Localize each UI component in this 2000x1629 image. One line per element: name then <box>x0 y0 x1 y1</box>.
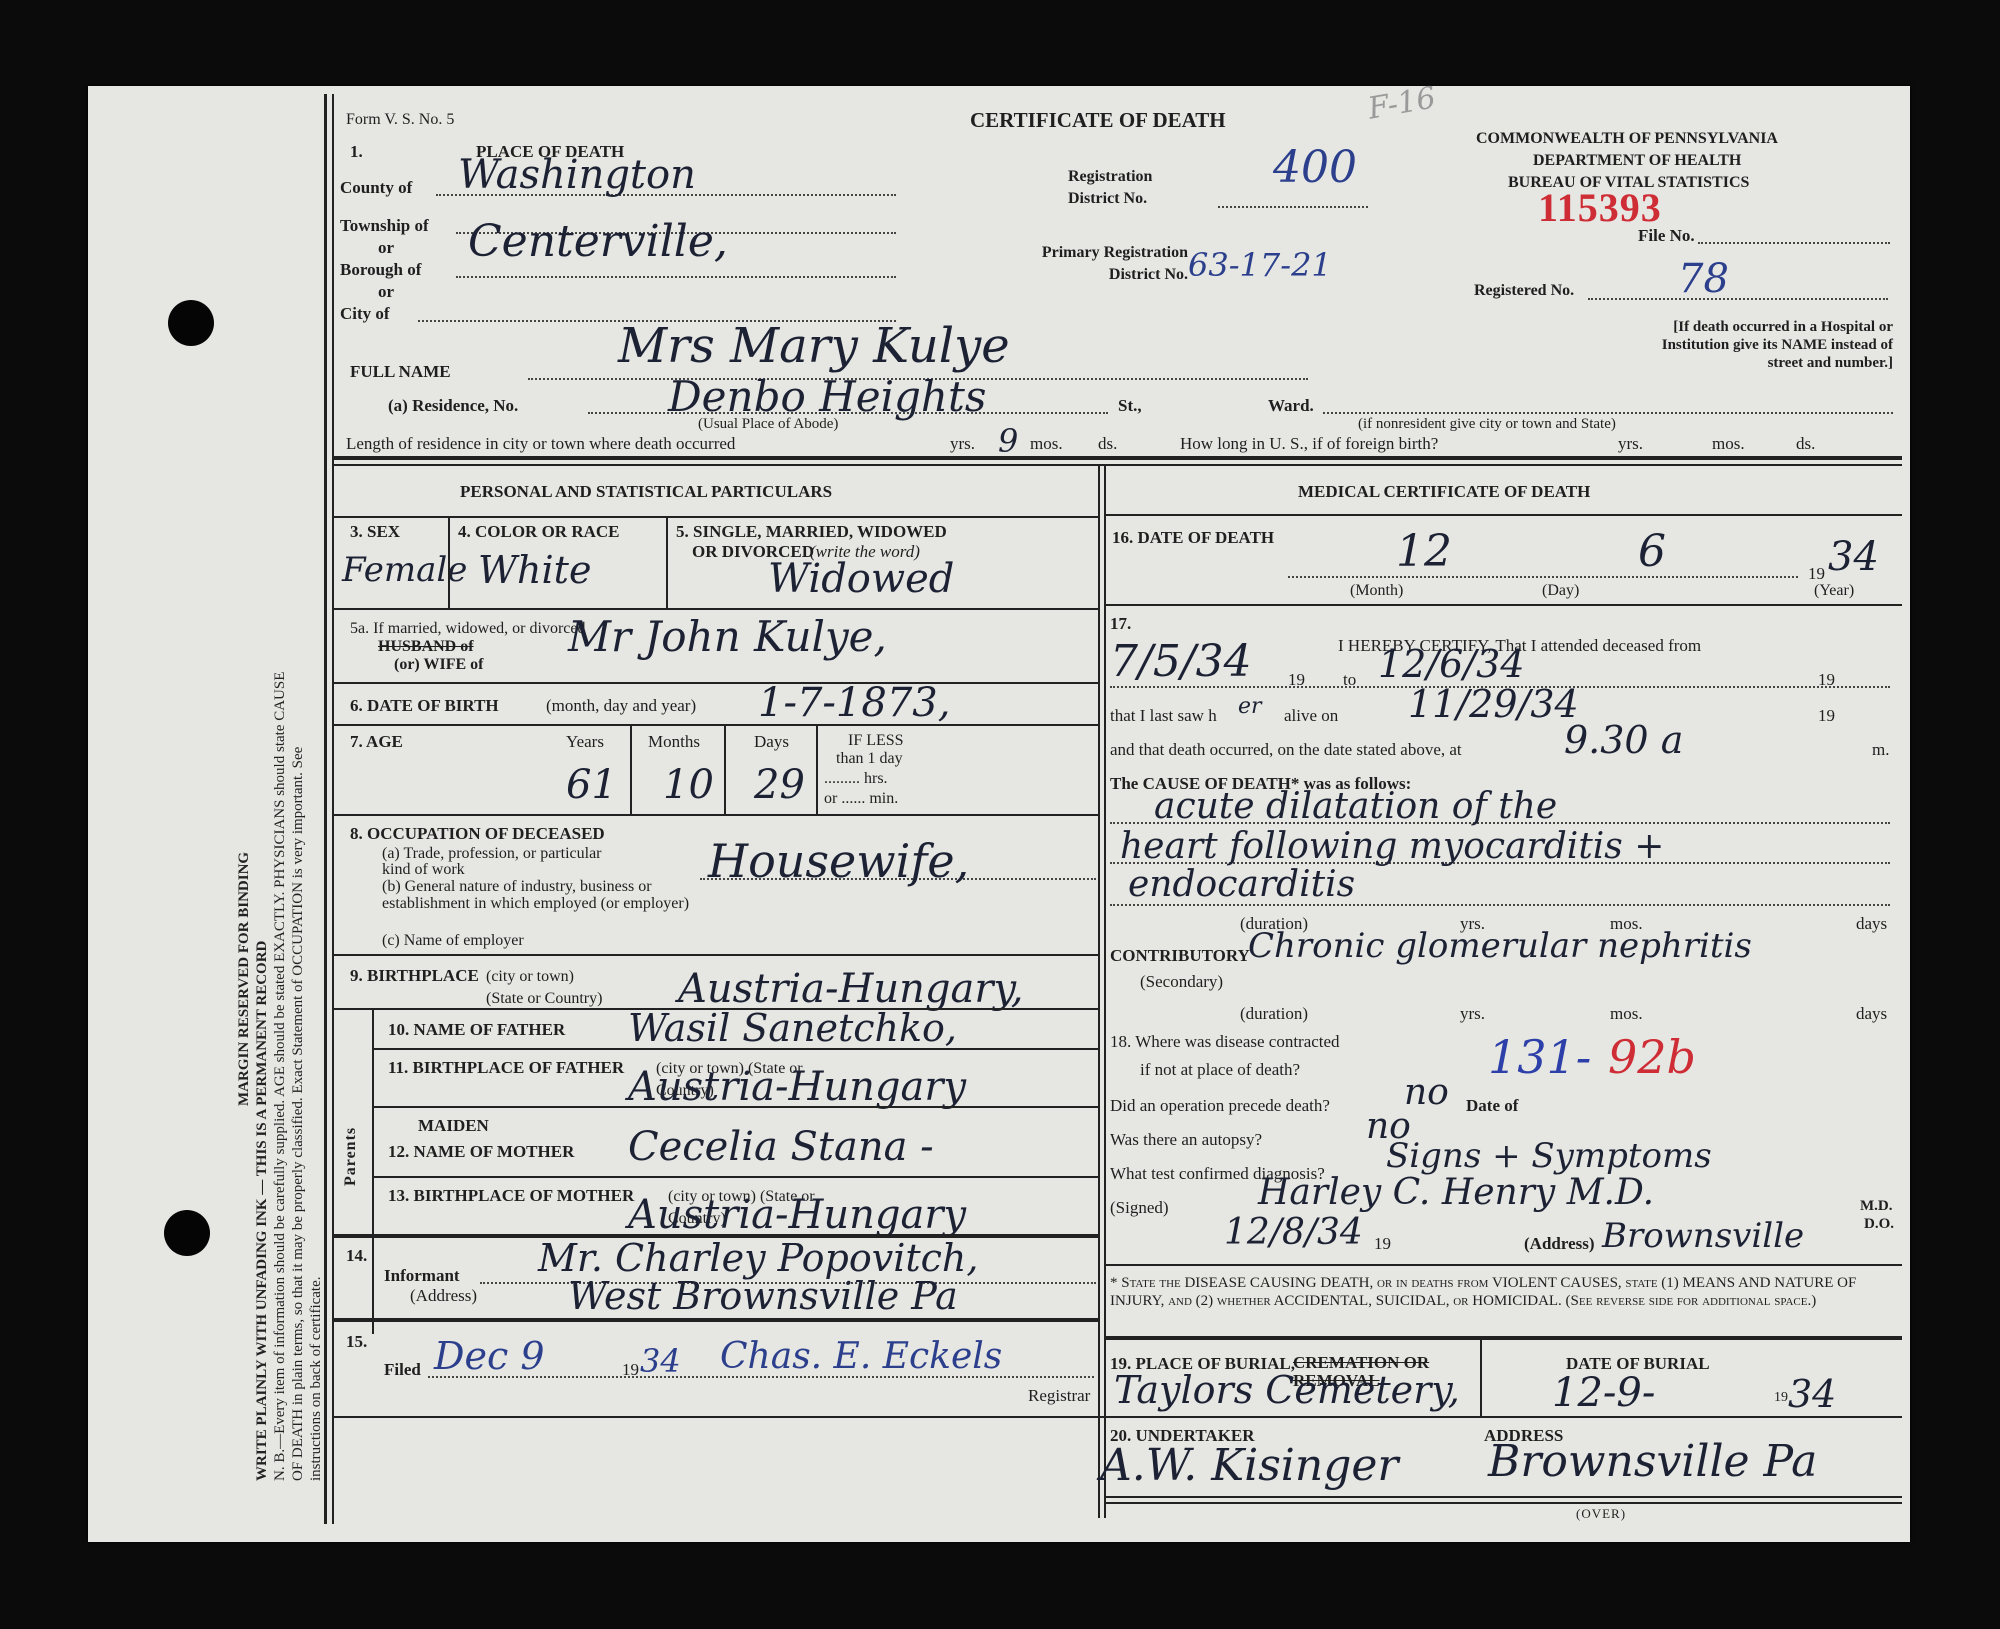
age-hrs: ......... hrs. <box>824 770 888 788</box>
day-label: (Day) <box>1542 582 1579 600</box>
divider <box>666 516 668 608</box>
marital-label: 5. SINGLE, MARRIED, WIDOWED <box>676 522 947 542</box>
age-less-label-2: than 1 day <box>836 750 903 768</box>
father-name-label: 10. NAME OF FATHER <box>388 1020 565 1040</box>
divider <box>448 516 450 608</box>
informant-address-value: West Brownsville Pa <box>568 1274 958 1318</box>
parents-bracket <box>372 1008 374 1334</box>
age-label: 7. AGE <box>350 732 403 752</box>
dob-note: (month, day and year) <box>546 696 696 716</box>
dod-month: 12 <box>1396 526 1452 577</box>
primary-registration-label: Primary Registration District No. <box>988 242 1188 286</box>
margin-nb-line3: instructions on back of certificate. <box>308 1276 325 1481</box>
divider <box>372 1106 1098 1108</box>
place-of-death-number: 1. <box>350 142 363 162</box>
length-mos-label: mos. <box>1030 434 1063 454</box>
burial-year-prefix: 19 <box>1774 1390 1788 1406</box>
column-divider <box>1098 466 1100 1518</box>
us-mos-label: mos. <box>1712 434 1745 454</box>
full-name-value: Mrs Mary Kulye <box>618 318 1010 374</box>
cause-footnote: * State the DISEASE CAUSING DEATH, or in… <box>1110 1274 1900 1310</box>
borough-label: Borough of <box>340 260 421 280</box>
age-days-value: 29 <box>754 762 805 808</box>
burial-date-value: 12-9- <box>1552 1370 1655 1416</box>
age-years-label: Years <box>566 732 604 752</box>
informant-label: Informant <box>384 1266 460 1286</box>
test-value: Signs + Symptoms <box>1386 1136 1712 1176</box>
form-left-border <box>324 94 327 1524</box>
occupation-value: Housewife, <box>708 834 969 888</box>
dod-label: 16. DATE OF DEATH <box>1112 528 1274 548</box>
or-label-1: or <box>378 238 394 258</box>
occupation-b-label: (b) General nature of industry, business… <box>382 878 712 912</box>
contributory-value: Chronic glomerular nephritis <box>1248 926 1752 966</box>
divider <box>332 456 1902 460</box>
contracted-label-2: if not at place of death? <box>1140 1060 1300 1080</box>
mother-name-value: Cecelia Stana - <box>628 1124 934 1170</box>
punch-hole <box>164 1210 210 1256</box>
margin-nb-line2: OF DEATH in plain terms, so that it may … <box>290 747 307 1481</box>
classification-code-red: 92b <box>1608 1030 1696 1084</box>
spouse-label-1: 5a. If married, widowed, or divorced <box>350 620 585 638</box>
cause-line-2: heart following myocarditis + <box>1120 826 1664 867</box>
registered-no-line <box>1588 298 1888 300</box>
age-years-value: 61 <box>566 762 617 808</box>
divider <box>1480 1340 1482 1416</box>
sex-label: 3. SEX <box>350 522 400 542</box>
punch-hole <box>168 300 214 346</box>
divider <box>1106 1264 1902 1266</box>
personal-heading: PERSONAL AND STATISTICAL PARTICULARS <box>460 482 832 502</box>
divider <box>332 814 1098 816</box>
last-saw-pronoun: er <box>1238 694 1262 719</box>
time-of-death: 9.30 a <box>1564 718 1683 762</box>
year-label: (Year) <box>1814 582 1854 600</box>
or-label-2: or <box>378 282 394 302</box>
form-left-border-inner <box>332 94 334 1524</box>
duration-label-2: (duration) <box>1240 1004 1308 1024</box>
death-certificate: MARGIN RESERVED FOR BINDING WRITE PLAINL… <box>88 86 1910 1542</box>
spouse-label-2: HUSBAND of <box>378 638 474 656</box>
last-saw-label: that I last saw h <box>1110 706 1217 726</box>
abode-note: (Usual Place of Abode) <box>698 416 838 433</box>
us-residence-label: How long in U. S., if of foreign birth? <box>1180 434 1438 454</box>
registration-district-line <box>1218 206 1368 208</box>
registrar-signature: Chas. E. Eckels <box>720 1336 1002 1377</box>
column-divider <box>1104 466 1106 1518</box>
divider <box>1106 604 1902 606</box>
signed-date: 12/8/34 <box>1224 1212 1363 1253</box>
spouse-label-3: (or) WIFE of <box>394 656 483 674</box>
file-number-stamp: 115393 <box>1538 184 1662 231</box>
duration-yrs-2: yrs. <box>1460 1004 1485 1024</box>
attended-from: 7/5/34 <box>1110 636 1252 687</box>
margin-binding-note: MARGIN RESERVED FOR BINDING <box>236 852 253 1106</box>
divider <box>816 726 818 814</box>
agency-line-2: DEPARTMENT OF HEALTH <box>1533 152 1741 170</box>
informant-number: 14. <box>346 1246 367 1266</box>
signed-label: (Signed) <box>1110 1198 1169 1218</box>
registration-district-label: Registration District No. <box>1068 166 1188 210</box>
dod-year: 34 <box>1828 534 1879 580</box>
address-label: (Address) <box>1524 1234 1595 1254</box>
margin-nb-line1: N. B.—Every item of information should b… <box>272 672 289 1481</box>
father-birthplace-label: 11. BIRTHPLACE OF FATHER <box>388 1058 624 1078</box>
county-value: Washington <box>458 152 696 198</box>
secondary-label: (Secondary) <box>1140 972 1223 992</box>
race-label: 4. COLOR OR RACE <box>458 522 620 542</box>
occupation-a-label: (a) Trade, profession, or particular kin… <box>382 846 612 878</box>
residence-label: (a) Residence, No. <box>388 396 518 416</box>
agency-line-1: COMMONWEALTH OF PENNSYLVANIA <box>1476 130 1778 148</box>
contributory-label: CONTRIBUTORY <box>1110 946 1250 966</box>
mother-birthplace-value: Austria-Hungary <box>628 1192 966 1238</box>
divider <box>1106 1336 1902 1340</box>
filed-year: 34 <box>640 1342 681 1380</box>
dod-line <box>1288 576 1798 578</box>
divider <box>1106 514 1902 516</box>
month-label: (Month) <box>1350 582 1403 600</box>
registered-no-label: Registered No. <box>1474 282 1574 300</box>
race-value: White <box>478 548 591 592</box>
registration-district-value: 400 <box>1273 142 1357 193</box>
marital-value: Widowed <box>768 556 954 602</box>
age-months-value: 10 <box>663 762 714 808</box>
divider <box>332 608 1098 610</box>
over-label: (OVER) <box>1576 1506 1626 1522</box>
father-birthplace-value: Austria-Hungary <box>628 1064 966 1110</box>
undertaker-address-value: Brownsville Pa <box>1488 1436 1817 1487</box>
hospital-note: [If death occurred in a Hospital or Inst… <box>1643 318 1893 372</box>
us-yrs-label: yrs. <box>1618 434 1643 454</box>
burial-year: 34 <box>1788 1372 1836 1416</box>
nineteen-label-4: 19 <box>1374 1234 1391 1254</box>
residence-value: Denbo Heights <box>668 372 986 421</box>
length-ds-label: ds. <box>1098 434 1117 454</box>
physician-signature: Harley C. Henry M.D. <box>1258 1172 1654 1213</box>
mother-name-label: 12. NAME OF MOTHER <box>388 1142 574 1162</box>
us-ds-label: ds. <box>1796 434 1815 454</box>
classification-code-blue: 131- <box>1488 1030 1591 1084</box>
dod-day: 6 <box>1638 526 1666 577</box>
dob-value: 1-7-1873, <box>758 680 950 726</box>
age-months-label: Months <box>648 732 700 752</box>
margin-ink-note: WRITE PLAINLY WITH UNFADING INK — THIS I… <box>254 941 271 1481</box>
length-yrs-value: 9 <box>998 422 1018 460</box>
divider <box>332 1416 1902 1418</box>
parents-label: Parents <box>342 1127 360 1186</box>
street-label: St., <box>1118 396 1142 416</box>
md-label: M.D. <box>1860 1198 1893 1215</box>
full-name-label: FULL NAME <box>350 362 451 382</box>
divider <box>372 1048 1098 1050</box>
spouse-value: Mr John Kulye, <box>568 612 887 661</box>
birthplace-note: (city or town) (State or Country) <box>486 966 606 1010</box>
registrar-label: Registrar <box>1028 1386 1090 1406</box>
operation-label: Did an operation precede death? <box>1110 1096 1330 1116</box>
filed-label: Filed <box>384 1360 421 1380</box>
divider <box>332 464 1902 466</box>
length-of-residence-label: Length of residence in city or town wher… <box>346 434 735 454</box>
borough-value: Centerville, <box>468 216 728 267</box>
divider <box>332 954 1098 956</box>
divider <box>372 1176 1098 1178</box>
primary-registration-value: 63-17-21 <box>1188 246 1332 284</box>
duration-days: days <box>1856 914 1887 934</box>
filed-date: Dec 9 <box>434 1334 545 1378</box>
alive-on-label: alive on <box>1284 706 1338 726</box>
attended-to: 12/6/34 <box>1378 642 1525 686</box>
ward-line <box>1323 412 1893 414</box>
certificate-title: CERTIFICATE OF DEATH <box>970 108 1226 133</box>
mother-maiden-label: MAIDEN <box>418 1116 489 1136</box>
father-name-value: Wasil Sanetchko, <box>628 1006 957 1050</box>
divider <box>1106 1496 1902 1498</box>
cause-line-1: acute dilatation of the <box>1154 786 1557 827</box>
divider <box>630 726 632 814</box>
dob-label: 6. DATE OF BIRTH <box>350 696 499 716</box>
divider <box>332 516 1098 518</box>
city-label: City of <box>340 304 390 324</box>
file-no-label: File No. <box>1638 226 1695 246</box>
occurred-label: and that death occurred, on the date sta… <box>1110 740 1462 760</box>
undertaker-value: A.W. Kisinger <box>1100 1440 1398 1491</box>
informant-address-label: (Address) <box>410 1286 477 1306</box>
mother-birthplace-label: 13. BIRTHPLACE OF MOTHER <box>388 1186 634 1206</box>
divider <box>332 1318 1098 1322</box>
occupation-c-label: (c) Name of employer <box>382 932 524 950</box>
divider <box>332 724 1098 726</box>
divider <box>724 726 726 814</box>
certify-number: 17. <box>1110 614 1131 634</box>
burial-place-value: Taylors Cemetery, <box>1114 1368 1460 1412</box>
duration-days-2: days <box>1856 1004 1887 1024</box>
township-label: Township of <box>340 216 429 236</box>
county-label: County of <box>340 178 412 198</box>
divider <box>332 682 1098 684</box>
m-label: m. <box>1872 740 1889 760</box>
registered-no-value: 78 <box>1678 256 1729 302</box>
filed-number: 15. <box>346 1332 367 1352</box>
occupation-label: 8. OCCUPATION OF DECEASED <box>350 824 605 844</box>
divider <box>1106 1502 1902 1504</box>
age-days-label: Days <box>754 732 789 752</box>
nonresident-note: (if nonresident give city or town and St… <box>1358 416 1616 433</box>
medical-heading: MEDICAL CERTIFICATE OF DEATH <box>1298 482 1590 502</box>
length-yrs-label: yrs. <box>950 434 975 454</box>
contracted-label-1: 18. Where was disease contracted <box>1110 1032 1340 1052</box>
form-number: Form V. S. No. 5 <box>346 111 454 129</box>
do-label: D.O. <box>1864 1216 1894 1233</box>
age-min: or ...... min. <box>824 790 898 808</box>
file-no-line <box>1698 242 1890 244</box>
filed-year-prefix: 19 <box>622 1360 639 1380</box>
physician-address: Brownsville <box>1602 1216 1804 1256</box>
birthplace-label: 9. BIRTHPLACE <box>350 966 479 986</box>
dod-year-prefix: 19 <box>1808 564 1825 584</box>
last-saw-value: 11/29/34 <box>1408 682 1579 726</box>
duration-mos-2: mos. <box>1610 1004 1643 1024</box>
top-annotation: F-16 <box>1365 80 1438 126</box>
date-of-label: Date of <box>1466 1096 1518 1116</box>
age-less-label-1: IF LESS <box>848 732 904 750</box>
ward-label: Ward. <box>1268 396 1314 416</box>
cause-line-3: endocarditis <box>1128 864 1355 905</box>
borough-line <box>456 276 896 278</box>
autopsy-label: Was there an autopsy? <box>1110 1130 1262 1150</box>
nineteen-label-3: 19 <box>1818 706 1835 726</box>
